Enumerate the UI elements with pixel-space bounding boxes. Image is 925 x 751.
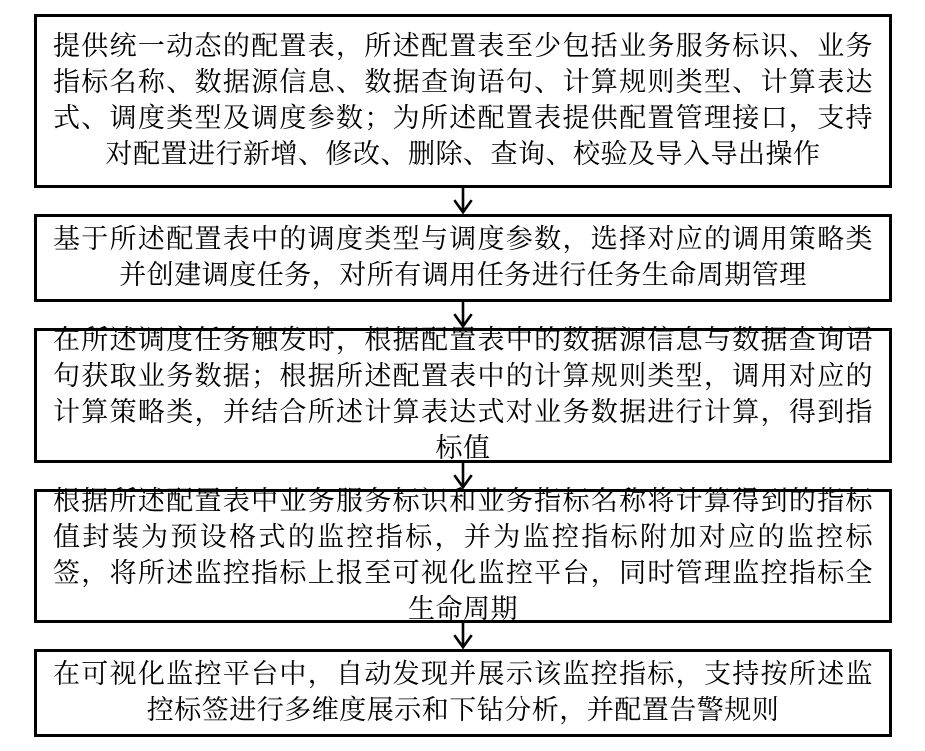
- step-4-text: 根据所述配置表中业务服务标识和业务指标名称将计算得到的指标值封装为预设格式的监控…: [53, 484, 873, 628]
- step-2-text: 基于所述配置表中的调度类型与调度参数，选择对应的调用策略类并创建调度任务，对所有…: [53, 222, 873, 294]
- step-1-text: 提供统一动态的配置表，所述配置表至少包括业务服务标识、业务指标名称、数据源信息、…: [53, 29, 873, 173]
- step-box-1: 提供统一动态的配置表，所述配置表至少包括业务服务标识、业务指标名称、数据源信息、…: [34, 14, 892, 188]
- step-3-text: 在所述调度任务触发时，根据配置表中的数据源信息与数据查询语句获取业务数据；根据所…: [53, 323, 873, 467]
- step-box-4: 根据所述配置表中业务服务标识和业务指标名称将计算得到的指标值封装为预设格式的监控…: [34, 489, 892, 624]
- flow-connector-1: [34, 188, 892, 214]
- down-arrow-icon: [448, 623, 478, 649]
- flow-connector-4: [34, 623, 892, 649]
- flowchart: 提供统一动态的配置表，所述配置表至少包括业务服务标识、业务指标名称、数据源信息、…: [0, 0, 925, 751]
- step-box-5: 在可视化监控平台中，自动发现并展示该监控指标，支持按所述监控标签进行多维度展示和…: [34, 649, 892, 737]
- down-arrow-icon: [448, 188, 478, 214]
- step-box-2: 基于所述配置表中的调度类型与调度参数，选择对应的调用策略类并创建调度任务，对所有…: [34, 214, 892, 302]
- step-5-text: 在可视化监控平台中，自动发现并展示该监控指标，支持按所述监控标签进行多维度展示和…: [53, 657, 873, 729]
- step-box-3: 在所述调度任务触发时，根据配置表中的数据源信息与数据查询语句获取业务数据；根据所…: [34, 328, 892, 463]
